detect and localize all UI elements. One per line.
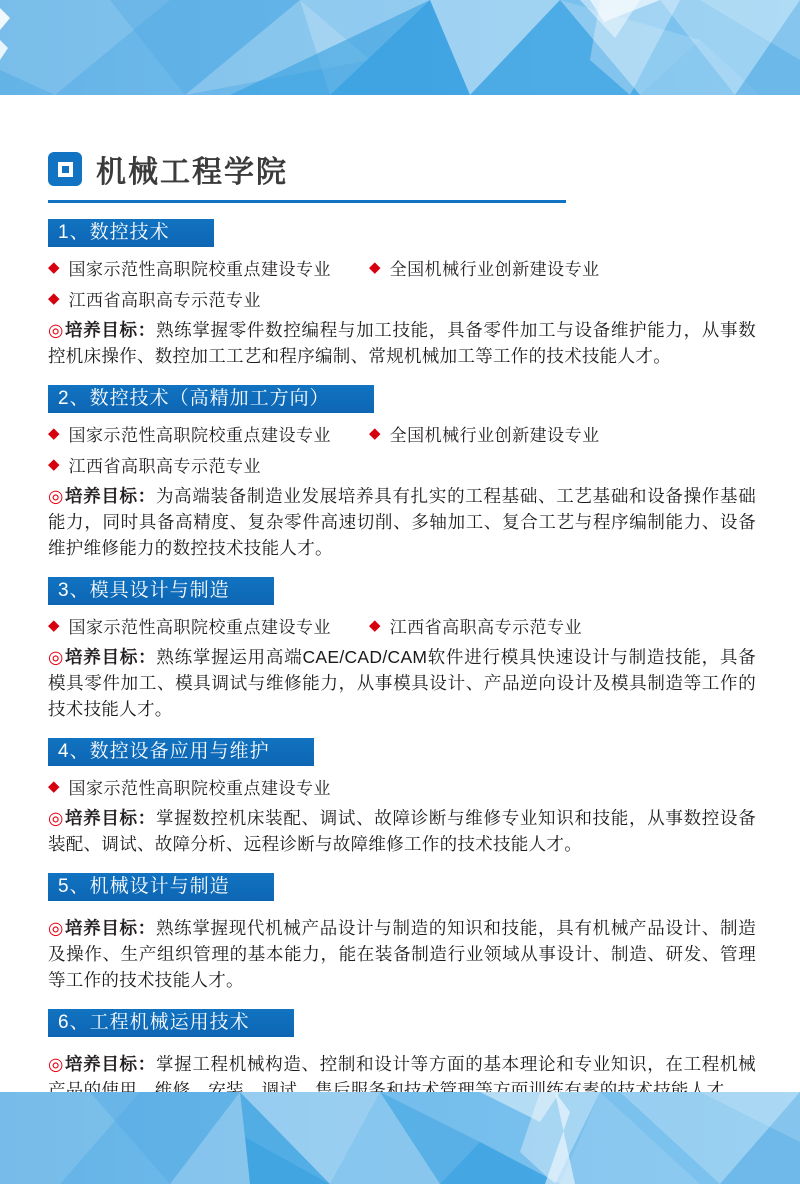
badge-row: ◆ 江西省高职高专示范专业 (48, 288, 756, 309)
target-icon: ◎ (48, 320, 64, 340)
diamond-icon: ◆ (48, 618, 60, 633)
badge-row: ◆ 国家示范性高职院校重点建设专业 ◆ 全国机械行业创新建设专业 (48, 423, 756, 444)
badge-label: 全国机械行业创新建设专业 (390, 255, 600, 280)
target-icon: ◎ (48, 808, 64, 828)
diamond-icon: ◆ (48, 457, 60, 472)
objective-label: 培养目标： (65, 918, 156, 938)
objective-paragraph: ◎培养目标：熟练掌握零件数控编程与加工技能，具备零件加工与设备维护能力，从事数控… (48, 317, 756, 369)
objective-label: 培养目标： (65, 647, 156, 667)
honor-badge: ◆ 国家示范性高职院校重点建设专业 (48, 774, 331, 799)
honor-badge: ◆ 全国机械行业创新建设专业 (369, 255, 600, 280)
honor-badge: ◆ 全国机械行业创新建设专业 (369, 421, 600, 446)
section-header-bar: 4、数控设备应用与维护 (48, 738, 314, 766)
page-title: 机械工程学院 (96, 147, 288, 191)
objective-paragraph: ◎培养目标：掌握数控机床装配、调试、故障诊断与维修专业知识和技能，从事数控设备装… (48, 805, 756, 857)
footer-polygon-band (0, 1092, 800, 1184)
section-mold-design: 3、模具设计与制造 ◆ 国家示范性高职院校重点建设专业 ◆ 江西省高职高专示范专… (48, 577, 756, 722)
objective-label: 培养目标： (65, 486, 156, 506)
header-polygon-band (0, 0, 800, 95)
target-icon: ◎ (48, 918, 64, 938)
objective-label: 培养目标： (65, 1054, 156, 1074)
badge-label: 江西省高职高专示范专业 (390, 613, 583, 638)
honor-badge: ◆ 国家示范性高职院校重点建设专业 (48, 613, 331, 638)
badge-row: ◆ 国家示范性高职院校重点建设专业 ◆ 全国机械行业创新建设专业 (48, 257, 756, 278)
objective-paragraph: ◎培养目标：熟练掌握运用高端CAE/CAD/CAM软件进行模具快速设计与制造技能… (48, 644, 756, 722)
badge-row: ◆ 国家示范性高职院校重点建设专业 (48, 776, 756, 797)
badge-row: ◆ 国家示范性高职院校重点建设专业 ◆ 江西省高职高专示范专业 (48, 615, 756, 636)
diamond-icon: ◆ (369, 618, 381, 633)
badge-label: 国家示范性高职院校重点建设专业 (69, 421, 332, 446)
section-cnc-technology: 1、数控技术 ◆ 国家示范性高职院校重点建设专业 ◆ 全国机械行业创新建设专业 … (48, 219, 756, 369)
diamond-icon: ◆ (369, 260, 381, 275)
diamond-icon: ◆ (48, 291, 60, 306)
inner-square-glyph (58, 162, 73, 177)
badge-label: 全国机械行业创新建设专业 (390, 421, 600, 446)
target-icon: ◎ (48, 1054, 64, 1074)
section-cnc-precision: 2、数控技术（高精加工方向） ◆ 国家示范性高职院校重点建设专业 ◆ 全国机械行… (48, 385, 756, 561)
section-cnc-equipment: 4、数控设备应用与维护 ◆ 国家示范性高职院校重点建设专业 ◎培养目标：掌握数控… (48, 738, 756, 857)
target-icon: ◎ (48, 647, 64, 667)
badge-label: 国家示范性高职院校重点建设专业 (69, 613, 332, 638)
honor-badge: ◆ 江西省高职高专示范专业 (369, 613, 582, 638)
objective-label: 培养目标： (65, 320, 156, 340)
badge-label: 国家示范性高职院校重点建设专业 (69, 774, 332, 799)
badge-label: 国家示范性高职院校重点建设专业 (69, 255, 332, 280)
badge-row: ◆ 江西省高职高专示范专业 (48, 454, 756, 475)
section-header-bar: 1、数控技术 (48, 219, 214, 247)
honor-badge: ◆ 国家示范性高职院校重点建设专业 (48, 421, 331, 446)
section-header-bar: 6、工程机械运用技术 (48, 1009, 294, 1037)
college-square-icon (48, 152, 82, 186)
section-mechanical-design: 5、机械设计与制造 ◎培养目标：熟练掌握现代机械产品设计与制造的知识和技能，具有… (48, 873, 756, 993)
section-header-bar: 3、模具设计与制造 (48, 577, 274, 605)
diamond-icon: ◆ (48, 779, 60, 794)
section-construction-machinery: 6、工程机械运用技术 ◎培养目标：掌握工程机械构造、控制和设计等方面的基本理论和… (48, 1009, 756, 1103)
objective-paragraph: ◎培养目标：为高端装备制造业发展培养具有扎实的工程基础、工艺基础和设备操作基础能… (48, 483, 756, 561)
badge-label: 江西省高职高专示范专业 (69, 286, 262, 311)
objective-label: 培养目标： (65, 808, 156, 828)
honor-badge: ◆ 江西省高职高专示范专业 (48, 452, 261, 477)
section-header-bar: 5、机械设计与制造 (48, 873, 274, 901)
objective-paragraph: ◎培养目标：熟练掌握现代机械产品设计与制造的知识和技能，具有机械产品设计、制造及… (48, 915, 756, 993)
diamond-icon: ◆ (369, 426, 381, 441)
honor-badge: ◆ 国家示范性高职院校重点建设专业 (48, 255, 331, 280)
section-header-bar: 2、数控技术（高精加工方向） (48, 385, 374, 413)
diamond-icon: ◆ (48, 426, 60, 441)
page-content: 机械工程学院 1、数控技术 ◆ 国家示范性高职院校重点建设专业 ◆ 全国机械行业… (48, 95, 756, 1103)
badge-label: 江西省高职高专示范专业 (69, 452, 262, 477)
diamond-icon: ◆ (48, 260, 60, 275)
honor-badge: ◆ 江西省高职高专示范专业 (48, 286, 261, 311)
page-title-block: 机械工程学院 (48, 147, 566, 203)
target-icon: ◎ (48, 486, 64, 506)
